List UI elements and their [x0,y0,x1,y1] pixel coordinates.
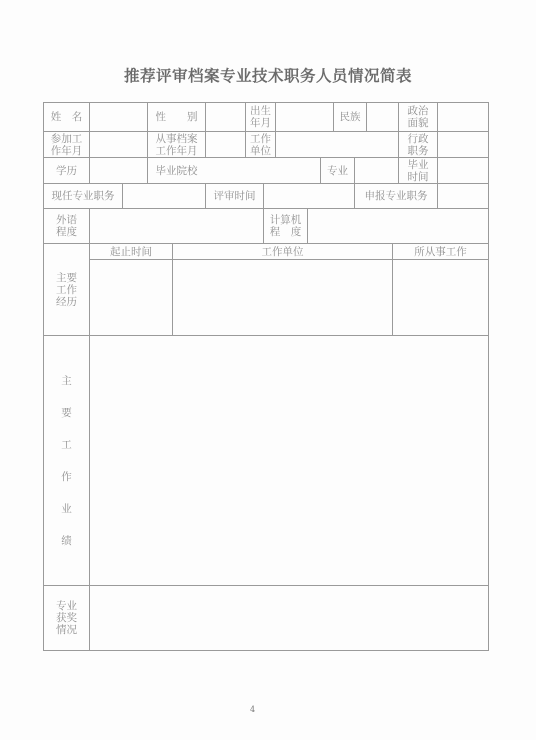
archive-work-date-field[interactable] [206,132,245,157]
school-field[interactable] [206,158,320,183]
birth-date-label: 出生 年月 [246,103,275,131]
gender-field[interactable] [206,103,245,131]
achievements-label-char: 业 [61,503,72,515]
achievements-label-char: 要 [61,407,72,419]
achievements-field[interactable] [90,336,488,585]
join-work-date-label: 参加工 作年月 [44,132,89,157]
birth-date-field[interactable] [276,103,333,131]
achievements-label: 主 要 工 作 业 绩 [44,336,89,585]
page-number: 4 [250,705,255,714]
awards-label: 专业 获奖 情况 [44,586,89,650]
awards-field[interactable] [90,586,488,650]
admin-post-field[interactable] [438,132,488,157]
header-work-unit: 工作单位 [173,244,392,259]
applied-title-field[interactable] [438,184,488,208]
foreign-language-label: 外语 程度 [44,209,89,243]
work-unit-field[interactable] [276,132,398,157]
computer-skill-label: 计算机 程 度 [264,209,307,243]
personnel-summary-form: 姓 名 性 别 出生 年月 民族 政治 面貌 参加工 作年月 从事档案 工作年月… [0,0,536,740]
education-field[interactable] [90,158,147,183]
experience-duties-field[interactable] [393,260,488,335]
current-title-label: 现任专业职务 [44,184,122,208]
graduation-date-label: 毕业 时间 [399,158,437,183]
name-field[interactable] [90,103,147,131]
border-right [488,102,489,650]
achievements-label-char: 作 [61,471,72,483]
admin-post-label: 行政 职务 [399,132,437,157]
review-time-label: 评审时间 [206,184,263,208]
join-work-date-field[interactable] [90,132,147,157]
major-label: 专业 [321,158,354,183]
computer-skill-field[interactable] [308,209,488,243]
achievements-label-char: 主 [61,375,72,387]
achievements-label-char: 工 [61,439,72,451]
school-label: 毕业院校 [148,158,205,183]
border-bottom [43,650,489,651]
political-status-label: 政治 面貌 [399,103,437,131]
achievements-label-char: 绩 [61,535,72,547]
political-status-field[interactable] [438,103,488,131]
graduation-date-field[interactable] [438,158,488,183]
name-label: 姓 名 [44,103,89,131]
experience-unit-field[interactable] [173,260,392,335]
major-field[interactable] [355,158,398,183]
applied-title-label: 申报专业职务 [355,184,437,208]
ethnicity-label: 民族 [334,103,366,131]
gender-label: 性 别 [148,103,205,131]
work-experience-label: 主要 工作 经历 [44,244,89,335]
experience-period-field[interactable] [90,260,172,335]
header-job-duties: 所从事工作 [393,244,488,259]
current-title-field[interactable] [123,184,205,208]
ethnicity-field[interactable] [367,103,398,131]
work-unit-label: 工作 单位 [246,132,275,157]
header-period: 起止时间 [90,244,172,259]
archive-work-date-label: 从事档案 工作年月 [148,132,205,157]
review-time-field[interactable] [264,184,354,208]
foreign-language-field[interactable] [90,209,263,243]
education-label: 学历 [44,158,89,183]
